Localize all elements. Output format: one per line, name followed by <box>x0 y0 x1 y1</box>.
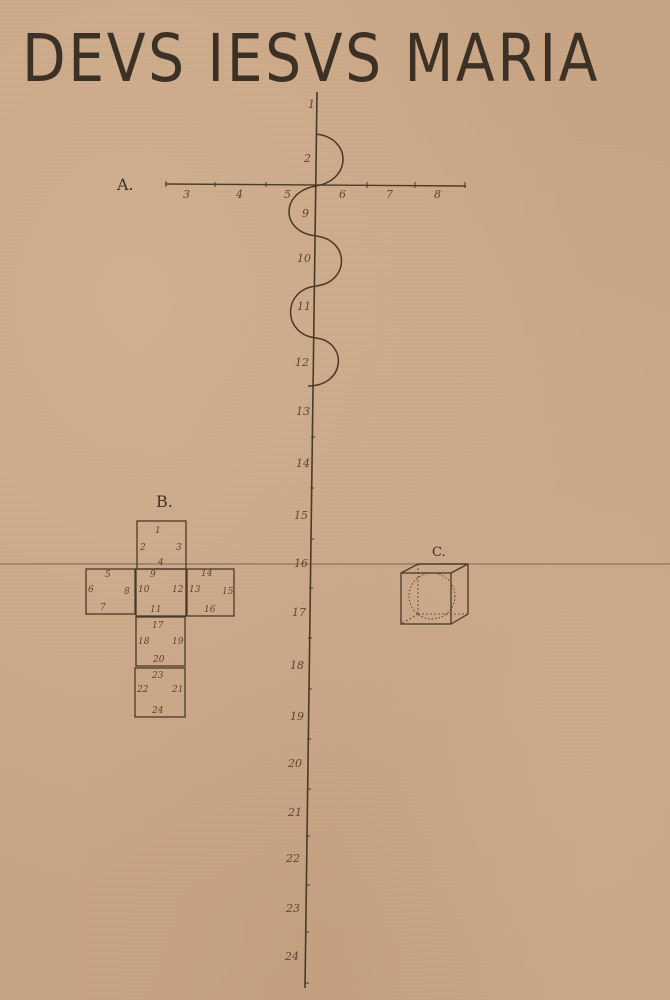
svg-text:3: 3 <box>176 543 182 553</box>
svg-text:15: 15 <box>222 587 234 597</box>
cube-top-face <box>401 564 468 573</box>
v-label-13: 13 <box>296 405 310 418</box>
figure-c-label: C. <box>432 545 446 560</box>
v-label-23: 23 <box>285 902 300 915</box>
svg-text:16: 16 <box>204 605 216 615</box>
svg-text:22: 22 <box>136 685 149 695</box>
svg-text:6: 6 <box>88 585 94 595</box>
svg-text:17: 17 <box>152 621 164 631</box>
horizontal-axis-labels: 3 4 5 6 7 8 <box>183 188 441 201</box>
v-label-21: 21 <box>287 806 302 819</box>
cube-front-face <box>401 573 451 624</box>
v-label-24: 24 <box>284 950 299 963</box>
v-label-19: 19 <box>290 710 304 723</box>
v-label-2: 2 <box>303 152 311 165</box>
svg-text:2: 2 <box>139 543 146 553</box>
v-label-17: 17 <box>292 606 306 619</box>
h-label-7: 7 <box>386 188 393 201</box>
cube-side-face <box>451 564 468 624</box>
v-label-10: 10 <box>297 252 311 265</box>
cube-with-sphere <box>401 564 468 624</box>
h-label-6: 6 <box>339 188 346 201</box>
v-label-16: 16 <box>294 557 308 570</box>
h-label-8: 8 <box>434 188 441 201</box>
svg-text:4: 4 <box>157 558 164 568</box>
h-label-5: 5 <box>284 188 291 201</box>
v-label-14: 14 <box>296 457 310 470</box>
svg-text:13: 13 <box>189 585 201 595</box>
v-label-22: 22 <box>285 852 300 865</box>
h-label-3: 3 <box>183 188 190 201</box>
svg-text:11: 11 <box>150 605 161 615</box>
vertical-axis <box>305 92 317 988</box>
v-label-9: 9 <box>302 207 309 220</box>
v-label-15: 15 <box>294 509 308 522</box>
svg-text:19: 19 <box>172 637 184 647</box>
svg-text:21: 21 <box>171 685 183 695</box>
figure-a-label: A. <box>116 175 134 194</box>
v-label-11: 11 <box>297 300 311 313</box>
svg-text:10: 10 <box>138 585 150 595</box>
cube-net-numbers: 1 2 3 4 5 6 7 8 9 10 11 12 13 14 15 16 1… <box>88 526 234 716</box>
svg-text:9: 9 <box>150 570 156 580</box>
svg-text:7: 7 <box>100 603 106 613</box>
svg-text:8: 8 <box>124 587 130 597</box>
svg-text:5: 5 <box>105 570 111 580</box>
v-label-18: 18 <box>290 659 304 672</box>
svg-text:14: 14 <box>201 569 213 579</box>
svg-text:12: 12 <box>172 585 184 595</box>
figure-b-label: B. <box>156 492 173 511</box>
svg-text:23: 23 <box>151 671 164 681</box>
svg-text:20: 20 <box>152 655 165 665</box>
svg-text:24: 24 <box>151 706 164 716</box>
cube-net <box>86 521 234 717</box>
inscribed-sphere <box>409 573 455 619</box>
svg-text:1: 1 <box>155 526 161 536</box>
v-label-12: 12 <box>295 356 309 369</box>
svg-text:18: 18 <box>138 637 150 647</box>
h-label-4: 4 <box>235 188 243 201</box>
v-label-20: 20 <box>287 757 302 770</box>
v-label-1: 1 <box>308 98 315 111</box>
geometric-diagram: A. 3 4 5 6 7 8 1 2 9 10 11 12 13 14 15 1… <box>0 0 670 1000</box>
